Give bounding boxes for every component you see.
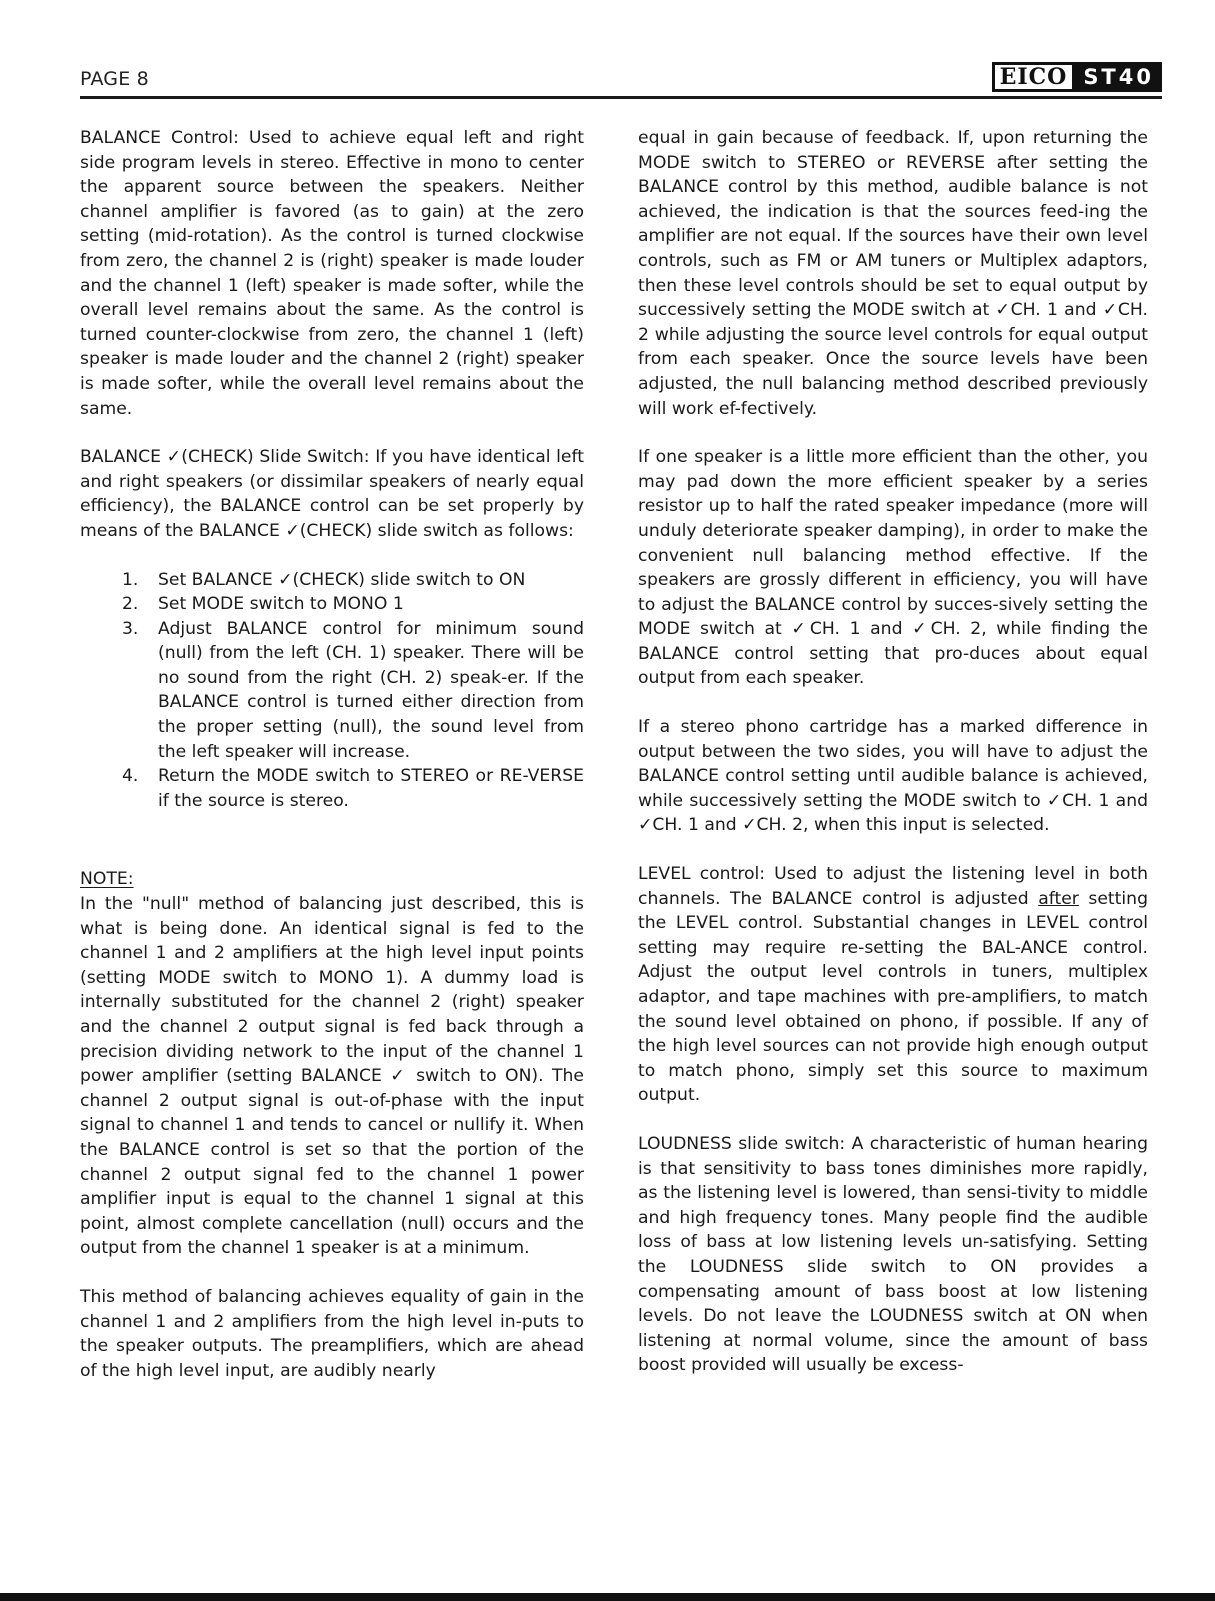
step-text: Return the MODE switch to STEREO or RE-V… [158, 764, 584, 813]
level-control-paragraph: LEVEL control: Used to adjust the listen… [638, 862, 1148, 1108]
page-header: PAGE 8 EICO ST40 [80, 62, 1162, 96]
list-item: 3. Adjust BALANCE control for minimum so… [122, 617, 584, 765]
step-text: Set MODE switch to MONO 1 [158, 592, 584, 617]
list-item: 2. Set MODE switch to MONO 1 [122, 592, 584, 617]
continuation-paragraph: equal in gain because of feedback. If, u… [638, 126, 1148, 421]
emphasis-after: after [1038, 889, 1079, 909]
brand-logo: EICO ST40 [992, 62, 1162, 92]
note-heading: NOTE: [80, 867, 134, 892]
step-number: 2. [122, 592, 158, 617]
header-divider [80, 96, 1162, 99]
step-text: Set BALANCE ✓(CHECK) slide switch to ON [158, 568, 584, 593]
model-number: ST40 [1075, 62, 1162, 92]
page-number: PAGE 8 [80, 68, 149, 90]
step-number: 3. [122, 617, 158, 765]
speaker-efficiency-paragraph: If one speaker is a little more efficien… [638, 445, 1148, 691]
phono-cartridge-paragraph: If a stereo phono cartridge has a marked… [638, 715, 1148, 838]
balance-control-paragraph: BALANCE Control: Used to achieve equal l… [80, 126, 584, 421]
step-text: Adjust BALANCE control for minimum sound… [158, 617, 584, 765]
balance-steps-list: 1. Set BALANCE ✓(CHECK) slide switch to … [80, 568, 584, 814]
brand-name: EICO [992, 62, 1076, 92]
note-body-paragraph: In the "null" method of balancing just d… [80, 892, 584, 1261]
page-bottom-edge [0, 1593, 1215, 1601]
step-number: 4. [122, 764, 158, 813]
left-column: BALANCE Control: Used to achieve equal l… [80, 126, 584, 1407]
list-item: 1. Set BALANCE ✓(CHECK) slide switch to … [122, 568, 584, 593]
level-text-end: setting the LEVEL control. Substantial c… [638, 889, 1148, 1106]
step-number: 1. [122, 568, 158, 593]
balance-check-intro-paragraph: BALANCE ✓(CHECK) Slide Switch: If you ha… [80, 445, 584, 543]
loudness-switch-paragraph: LOUDNESS slide switch: A characteristic … [638, 1132, 1148, 1378]
method-paragraph: This method of balancing achieves equali… [80, 1285, 584, 1383]
list-item: 4. Return the MODE switch to STEREO or R… [122, 764, 584, 813]
right-column: equal in gain because of feedback. If, u… [638, 126, 1148, 1402]
